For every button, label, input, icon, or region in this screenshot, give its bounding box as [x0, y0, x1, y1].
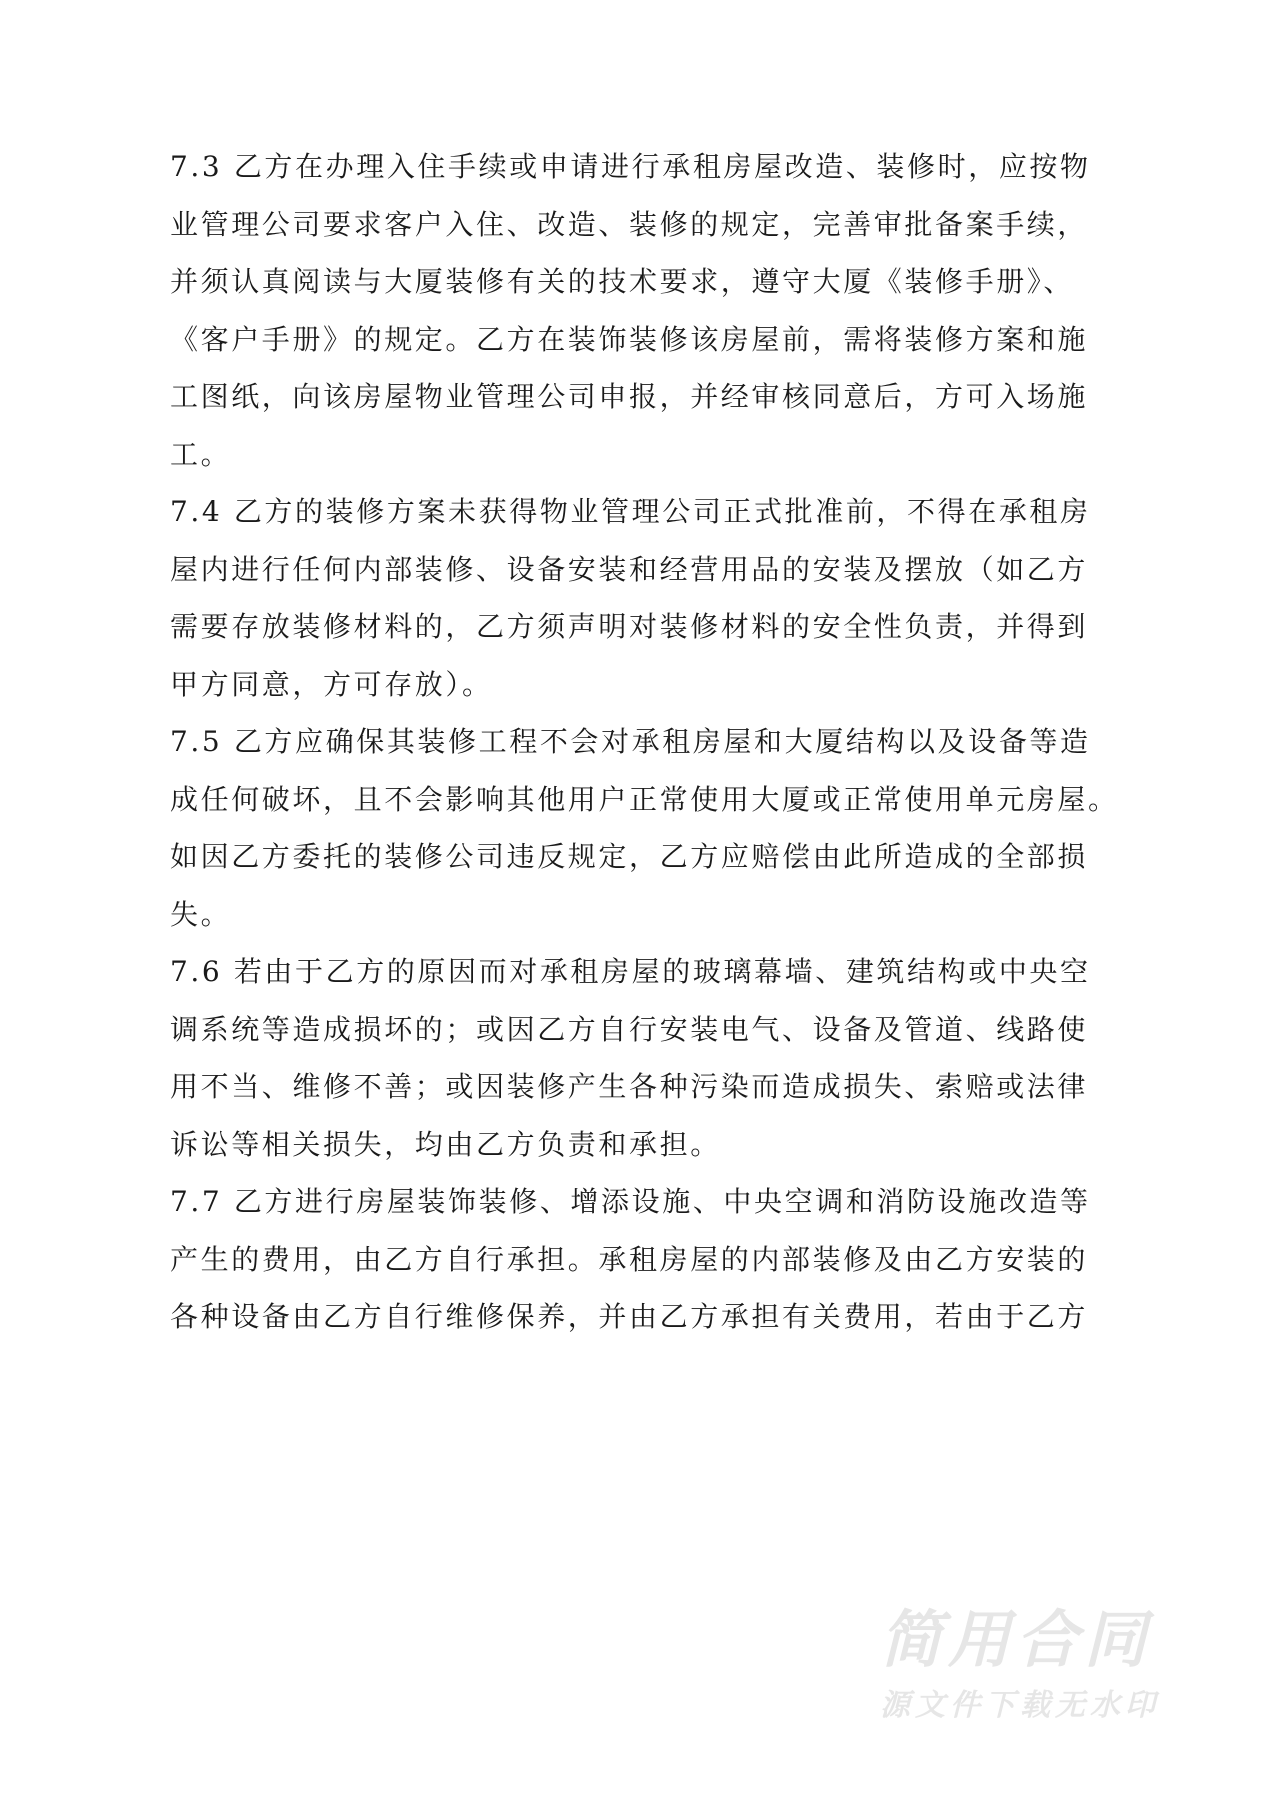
text-line: 工图纸，向该房屋物业管理公司申报，并经审核同意后，方可入场施	[170, 368, 970, 426]
text-line: 如因乙方委托的装修公司违反规定，乙方应赔偿由此所造成的全部损	[170, 828, 970, 886]
text-line: 并须认真阅读与大厦装修有关的技术要求，遵守大厦《装修手册》、	[170, 253, 970, 311]
text-line: 7.4 乙方的装修方案未获得物业管理公司正式批准前，不得在承租房	[170, 483, 970, 541]
text-line: 《客户手册》的规定。乙方在装饰装修该房屋前，需将装修方案和施	[170, 311, 970, 369]
document-body: 7.3 乙方在办理入住手续或申请进行承租房屋改造、装修时，应按物 业管理公司要求…	[170, 138, 970, 1346]
text-line: 产生的费用，由乙方自行承担。承租房屋的内部装修及由乙方安装的	[170, 1231, 970, 1289]
text-line: 各种设备由乙方自行维修保养，并由乙方承担有关费用，若由于乙方	[170, 1288, 970, 1346]
text-line: 屋内进行任何内部装修、设备安装和经营用品的安装及摆放（如乙方	[170, 541, 970, 599]
text-line: 失。	[170, 886, 970, 944]
text-line: 调系统等造成损坏的；或因乙方自行安装电气、设备及管道、线路使	[170, 1001, 970, 1059]
text-line: 7.3 乙方在办理入住手续或申请进行承租房屋改造、装修时，应按物	[170, 138, 970, 196]
text-line: 7.6 若由于乙方的原因而对承租房屋的玻璃幕墙、建筑结构或中央空	[170, 943, 970, 1001]
watermark-title: 简用合同	[880, 1590, 1152, 1679]
text-line: 业管理公司要求客户入住、改造、装修的规定，完善审批备案手续，	[170, 196, 970, 254]
text-line: 7.5 乙方应确保其装修工程不会对承租房屋和大厦结构以及设备等造	[170, 713, 970, 771]
watermark-subtitle: 源文件下载无水印	[880, 1680, 1160, 1724]
text-line: 甲方同意，方可存放）。	[170, 656, 970, 714]
text-line: 工。	[170, 426, 970, 484]
text-line: 7.7 乙方进行房屋装饰装修、增添设施、中央空调和消防设施改造等	[170, 1173, 970, 1231]
text-line: 需要存放装修材料的，乙方须声明对装修材料的安全性负责，并得到	[170, 598, 970, 656]
text-line: 用不当、维修不善；或因装修产生各种污染而造成损失、索赔或法律	[170, 1058, 970, 1116]
text-line: 诉讼等相关损失，均由乙方负责和承担。	[170, 1116, 970, 1174]
text-line: 成任何破坏，且不会影响其他用户正常使用大厦或正常使用单元房屋。	[170, 771, 970, 829]
